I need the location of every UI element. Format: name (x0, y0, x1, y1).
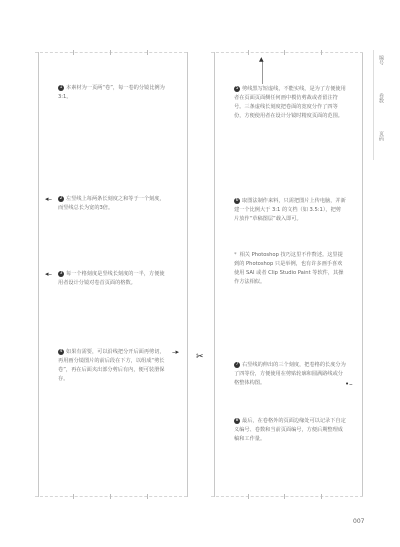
side-label-volume: 卷数 (378, 93, 385, 103)
bottom-ruler (211, 496, 363, 497)
up-arrow-line (262, 60, 263, 84)
left-arrow-icon: ◂– (45, 195, 52, 203)
note-2: 2左竖线上每两条长刻度之和等于一个刻度，而竖线总长为宽的3倍。 (58, 195, 168, 213)
left-arrow-icon: ◂– (45, 270, 52, 278)
note-5: 5剪线黑写短虚线，不能实线，是为了方便使用者在页面页面侧任何画中模仿剪裁或者留注… (234, 85, 346, 121)
note-1: 1本素材为一页两“卷”，每一卷的分镜比例为 3:1。 (58, 84, 168, 102)
note-3: 3每一个格刻度是竖线长刻度的一半，方便使用者设计分镜对卷首页面的格数。 (58, 270, 168, 288)
side-label-page: 页码 (378, 131, 385, 141)
right-arrow-icon: –▸ (172, 348, 179, 356)
note-4: 4如果有需要，可以沿线把分开后面再剪切，再用画分镜图片的前后段在下方，以组成“剪… (58, 348, 168, 384)
page-number: 007 (353, 518, 364, 525)
note-7: 7右竖线的伸出的三个刻度，把卷格的长度分为了四等份，方便使用在剪贴轮廓和圆满路线… (234, 361, 346, 388)
note-6: 6取图法制作来料，只需把图片上传电脑，并新建一个比例大于 3:1 的文档（如 3… (234, 197, 346, 224)
top-ruler (211, 52, 363, 53)
top-ruler (35, 52, 187, 53)
up-arrow-icon: ▲ (259, 56, 264, 63)
side-label-number: 编号 (378, 55, 385, 65)
side-divider (373, 50, 374, 160)
scissors-icon: ✂ (196, 352, 204, 362)
note-tip: *相关 Photoshop 技巧这里不作赘述。这里提到的 Photoshop 只… (234, 251, 346, 287)
right-arrow-icon: •– (345, 380, 353, 388)
note-8: 8最后，在卷格外的页面边缘处可以记录下自定义编号、卷数和当前页面编号，方便后期整… (234, 417, 346, 444)
bottom-ruler (35, 496, 187, 497)
